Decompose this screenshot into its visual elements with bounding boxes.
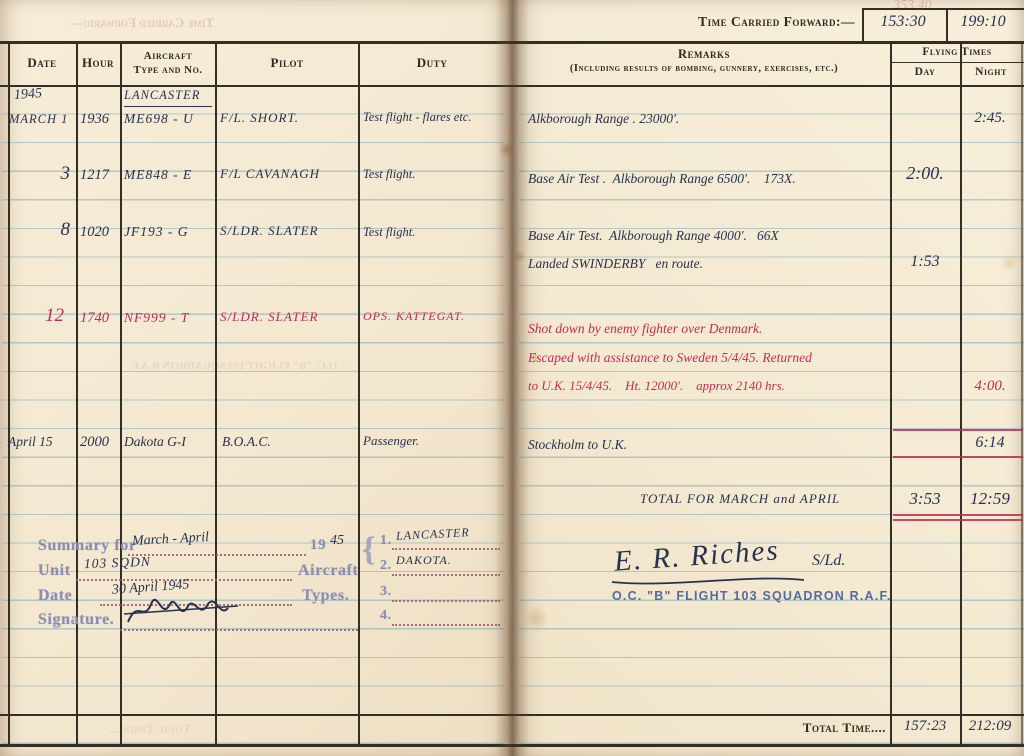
log-entry-hour: 1740 xyxy=(80,310,109,327)
header-night: Night xyxy=(960,66,1022,79)
header-aircraft-line2: Type and No. xyxy=(122,64,214,77)
red-rule xyxy=(893,429,1023,431)
monthly-total-label: TOTAL FOR MARCH and APRIL xyxy=(640,492,840,507)
total-time-label: Total Time.... xyxy=(700,721,886,736)
log-entry-remarks: Stockholm to U.K. xyxy=(528,437,627,453)
log-entry-day-time: 1:53 xyxy=(892,253,958,271)
col-line-hour-aircraft xyxy=(120,44,122,745)
header-bottom-line xyxy=(0,85,1024,87)
red-rule xyxy=(893,456,1023,458)
header-aircraft-line1: Aircraft xyxy=(122,50,214,63)
footer-top-line xyxy=(0,714,1024,716)
col-line-remarks-day xyxy=(890,44,892,745)
summary-year-prefix: 19 xyxy=(310,537,326,554)
officer-commanding-stamp: O.C. "B" FLIGHT 103 SQUADRON R.A.F. xyxy=(612,589,892,603)
aircraft-label: Aircraft xyxy=(298,562,358,580)
log-entry-date: 3 xyxy=(30,163,70,185)
log-entry-duty: Test flight - flares etc. xyxy=(363,110,471,124)
logbook-scan: Time Carried Forward:— 353.40 O.C. "B" F… xyxy=(0,0,1024,756)
col-line-right-edge xyxy=(1021,44,1023,745)
log-entry-duty: OPS. KATTEGAT. xyxy=(363,310,465,324)
log-entry-aircraft: ME848 - E xyxy=(124,167,192,183)
carried-forward-label: Time Carried Forward:— xyxy=(610,14,855,30)
log-entry-remarks: Alkborough Range . 23000'. xyxy=(528,111,679,127)
log-entry-duty: Test flight. xyxy=(363,225,415,239)
log-entry-remarks: Landed SWINDERBY en route. xyxy=(528,256,703,272)
year-aircraft-underline xyxy=(124,106,212,107)
types-label: Types. xyxy=(302,587,349,605)
log-entry-hour: 2000 xyxy=(80,434,109,451)
unit-value: 103 SQDN xyxy=(84,554,151,572)
log-entry-aircraft: ME698 - U xyxy=(124,111,194,127)
log-entry-pilot: S/LDR. SLATER xyxy=(220,224,318,239)
log-entry-pilot: F/L. SHORT. xyxy=(220,111,299,126)
log-entry-pilot: F/L CAVANAGH xyxy=(220,167,320,182)
col-line-left-edge xyxy=(8,44,10,745)
type-num: 2. xyxy=(380,558,392,574)
header-duty: Duty xyxy=(360,56,504,71)
year-aircraft: LANCASTER xyxy=(124,88,200,102)
table-top-line xyxy=(0,41,1024,44)
header-hour: Hour xyxy=(77,56,119,71)
log-entry-duty: Passenger. xyxy=(363,434,419,449)
log-entry-pilot: B.O.A.C. xyxy=(222,434,271,450)
log-entry-remarks: Shot down by enemy fighter over Denmark. xyxy=(528,321,762,337)
type-value: DAKOTA. xyxy=(396,554,452,568)
type-num: 3. xyxy=(380,584,392,600)
dotted-line xyxy=(128,554,306,556)
dotted-line xyxy=(392,574,500,576)
log-entry-date: 8 xyxy=(30,219,70,241)
log-entry-date: 12 xyxy=(24,305,64,327)
types-brace: { xyxy=(362,530,376,569)
log-entry-remarks: to U.K. 15/4/45. Ht. 12000'. approx 2140… xyxy=(528,379,785,394)
red-rule xyxy=(893,519,1023,521)
log-entry-date: MARCH 1 xyxy=(9,112,68,126)
monthly-total-night: 12:59 xyxy=(958,489,1022,509)
log-entry-remarks: Base Air Test. Alkborough Range 4000'. 6… xyxy=(528,228,779,244)
col-line-pilot-duty xyxy=(358,44,360,745)
flying-times-underline xyxy=(890,62,1024,63)
log-entry-remarks: Base Air Test . Alkborough Range 6500'. … xyxy=(528,171,796,187)
summary-year-suffix: 45 xyxy=(330,533,344,549)
log-entry-hour: 1217 xyxy=(80,167,109,184)
log-entry-remarks: Escaped with assistance to Sweden 5/4/45… xyxy=(528,350,812,366)
red-rule xyxy=(893,514,1023,516)
col-line-date-hour xyxy=(76,44,78,745)
bleedthrough-carried-forward: Time Carried Forward:— xyxy=(70,16,214,31)
total-time-night: 212:09 xyxy=(958,718,1022,735)
dotted-line xyxy=(392,600,500,602)
log-entry-hour: 1936 xyxy=(80,111,109,128)
log-entry-pilot: S/LDR. SLATER xyxy=(220,310,318,325)
header-pilot: Pilot xyxy=(217,56,357,71)
monthly-total-day: 3:53 xyxy=(892,489,958,509)
bleedthrough-total-times: Total Times.... xyxy=(110,722,191,737)
summary-label: Summary for xyxy=(38,537,137,555)
table-bottom-line xyxy=(0,744,1024,747)
total-time-day: 157:23 xyxy=(891,718,959,735)
carried-forward-day: 153:30 xyxy=(864,13,942,31)
header-remarks: Remarks xyxy=(520,47,888,61)
header-remarks-sub: (Including results of bombing, gunnery, … xyxy=(520,63,888,75)
signing-officer-rank: S/Ld. xyxy=(812,552,845,570)
col-line-aircraft-pilot xyxy=(215,44,217,745)
header-date: Date xyxy=(10,56,74,71)
year-label: 1945 xyxy=(13,86,42,104)
unit-label: Unit xyxy=(38,562,71,580)
signature-underline-flourish xyxy=(610,574,806,586)
bleedthrough-stamp: O.C. "B" FLIGHT 103 SQUADRON R.A.F. xyxy=(130,360,337,373)
log-entry-night-time: 2:45. xyxy=(960,110,1020,127)
header-day: Day xyxy=(890,66,960,79)
header-flying-times: Flying Times xyxy=(890,46,1024,59)
log-entry-duty: Test flight. xyxy=(363,167,415,181)
log-entry-night-time: 6:14 xyxy=(960,434,1020,452)
dotted-line xyxy=(392,548,500,550)
log-entry-night-time: 4:00. xyxy=(960,378,1020,395)
log-entry-hour: 1020 xyxy=(80,224,109,241)
type-num: 1. xyxy=(380,533,392,549)
log-entry-aircraft: Dakota G-I xyxy=(124,434,186,450)
log-entry-aircraft: JF193 - G xyxy=(124,224,188,240)
summary-signature-scribble xyxy=(122,592,262,630)
signature-label: Signature. xyxy=(38,611,114,629)
log-entry-date: April 15 xyxy=(8,434,53,450)
log-entry-day-time: 2:00. xyxy=(892,163,958,184)
dotted-line xyxy=(392,624,500,626)
type-num: 4. xyxy=(380,608,392,624)
date-label: Date xyxy=(38,587,72,605)
carried-forward-night: 199:10 xyxy=(946,13,1020,31)
log-entry-aircraft: NF999 - T xyxy=(124,310,189,326)
